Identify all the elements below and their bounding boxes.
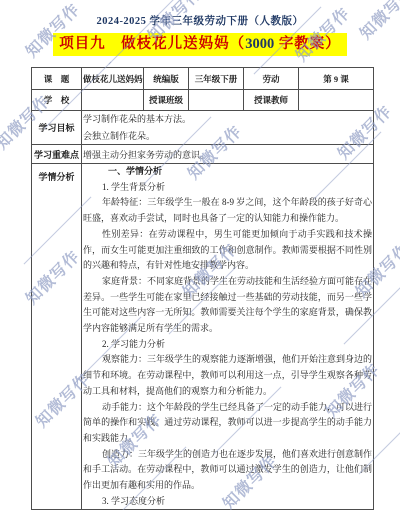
table-row-school: 学 校授课班级授课教师 [32,90,374,111]
subheader-cell [189,90,244,111]
analysis-paragraph: 家庭背景：不同家庭背景的学生在劳动技能和生活经验方面可能存在差异。一些学生可能在… [83,274,372,337]
table-row-focus: 学习重难点 增强主动分担家务劳动的意识。 [32,145,374,164]
analysis-heading: 一、学情分析 [83,164,372,180]
focus-label: 学习重难点 [32,145,82,164]
goal-line: 会独立制作花朵。 [83,128,372,145]
analysis-subheading: 2. 学习能力分析 [83,337,372,353]
analysis-subheading: 3. 学习态度分析 [83,494,372,510]
analysis-paragraph: 年龄特征：三年级学生一般在 8-9 岁之间，这个年龄段的孩子好奇心旺盛，喜欢动手… [83,195,372,226]
goals-label: 学习目标 [32,111,82,145]
title-suffix: 字教案） [274,36,341,52]
goal-line: 学习制作花朵的基本方法。 [83,111,372,128]
table-row-course: 课 题做枝花儿送妈妈统编版三年级下册劳动第 9 课 [32,68,374,90]
header-cell: 三年级下册 [189,68,244,90]
analysis-label: 学情分析 [32,164,82,510]
analysis-paragraph: 性别差异：在劳动课程中，男生可能更加倾向于动手实践和技术操作，而女生可能更加注重… [83,227,372,274]
analysis-paragraph: 观察能力：三年级学生的观察能力逐渐增强，他们开始注意到身边的细节和环境。在劳动课… [83,352,372,399]
document-page: 知微写作知微写作知微写作知微写作知微写作知微写作知微写作知微写作知微写作知微写作… [0,0,400,510]
title-word-count: 3000 [245,36,274,52]
header-cell: 课 题 [32,68,82,90]
subheader-cell [299,90,374,111]
header-cell: 统编版 [144,68,189,90]
header-cell: 做枝花儿送妈妈 [82,68,144,90]
header-cell: 劳动 [244,68,299,90]
analysis-content: 一、学情分析 1. 学生背景分析年龄特征：三年级学生一般在 8-9 岁之间，这个… [82,164,374,510]
analysis-paragraph: 动手能力：这个年龄段的学生已经具备了一定的动手能力，可以进行简单的操作和实践。通… [83,400,372,447]
analysis-subheading: 1. 学生背景分析 [83,180,372,196]
table-row-goals: 学习目标 学习制作花朵的基本方法。会独立制作花朵。 [32,111,374,145]
document-title: 项目九 做枝花儿送妈妈（3000 字教案） [0,33,400,56]
lesson-plan-table: 课 题做枝花儿送妈妈统编版三年级下册劳动第 9 课 学 校授课班级授课教师 学习… [31,67,374,510]
title-text: 项目九 做枝花儿送妈妈（ [59,36,245,52]
subheader-cell [82,90,144,111]
document-subtitle: 2024-2025 学年三年级劳动下册（人教版） [0,0,400,28]
subheader-cell: 授课班级 [144,90,189,111]
subheader-cell: 学 校 [32,90,82,111]
header-cell: 第 9 课 [299,68,374,90]
subheader-cell: 授课教师 [244,90,299,111]
table-row-analysis: 学情分析 一、学情分析 1. 学生背景分析年龄特征：三年级学生一般在 8-9 岁… [32,164,374,510]
goals-content: 学习制作花朵的基本方法。会独立制作花朵。 [82,111,374,145]
analysis-paragraph: 创造力：三年级学生的创造力也在逐步发展，他们喜欢进行创意制作和手工活动。在劳动课… [83,447,372,494]
focus-content: 增强主动分担家务劳动的意识。 [82,145,374,164]
title-highlight: 项目九 做枝花儿送妈妈（3000 字教案） [53,33,347,56]
